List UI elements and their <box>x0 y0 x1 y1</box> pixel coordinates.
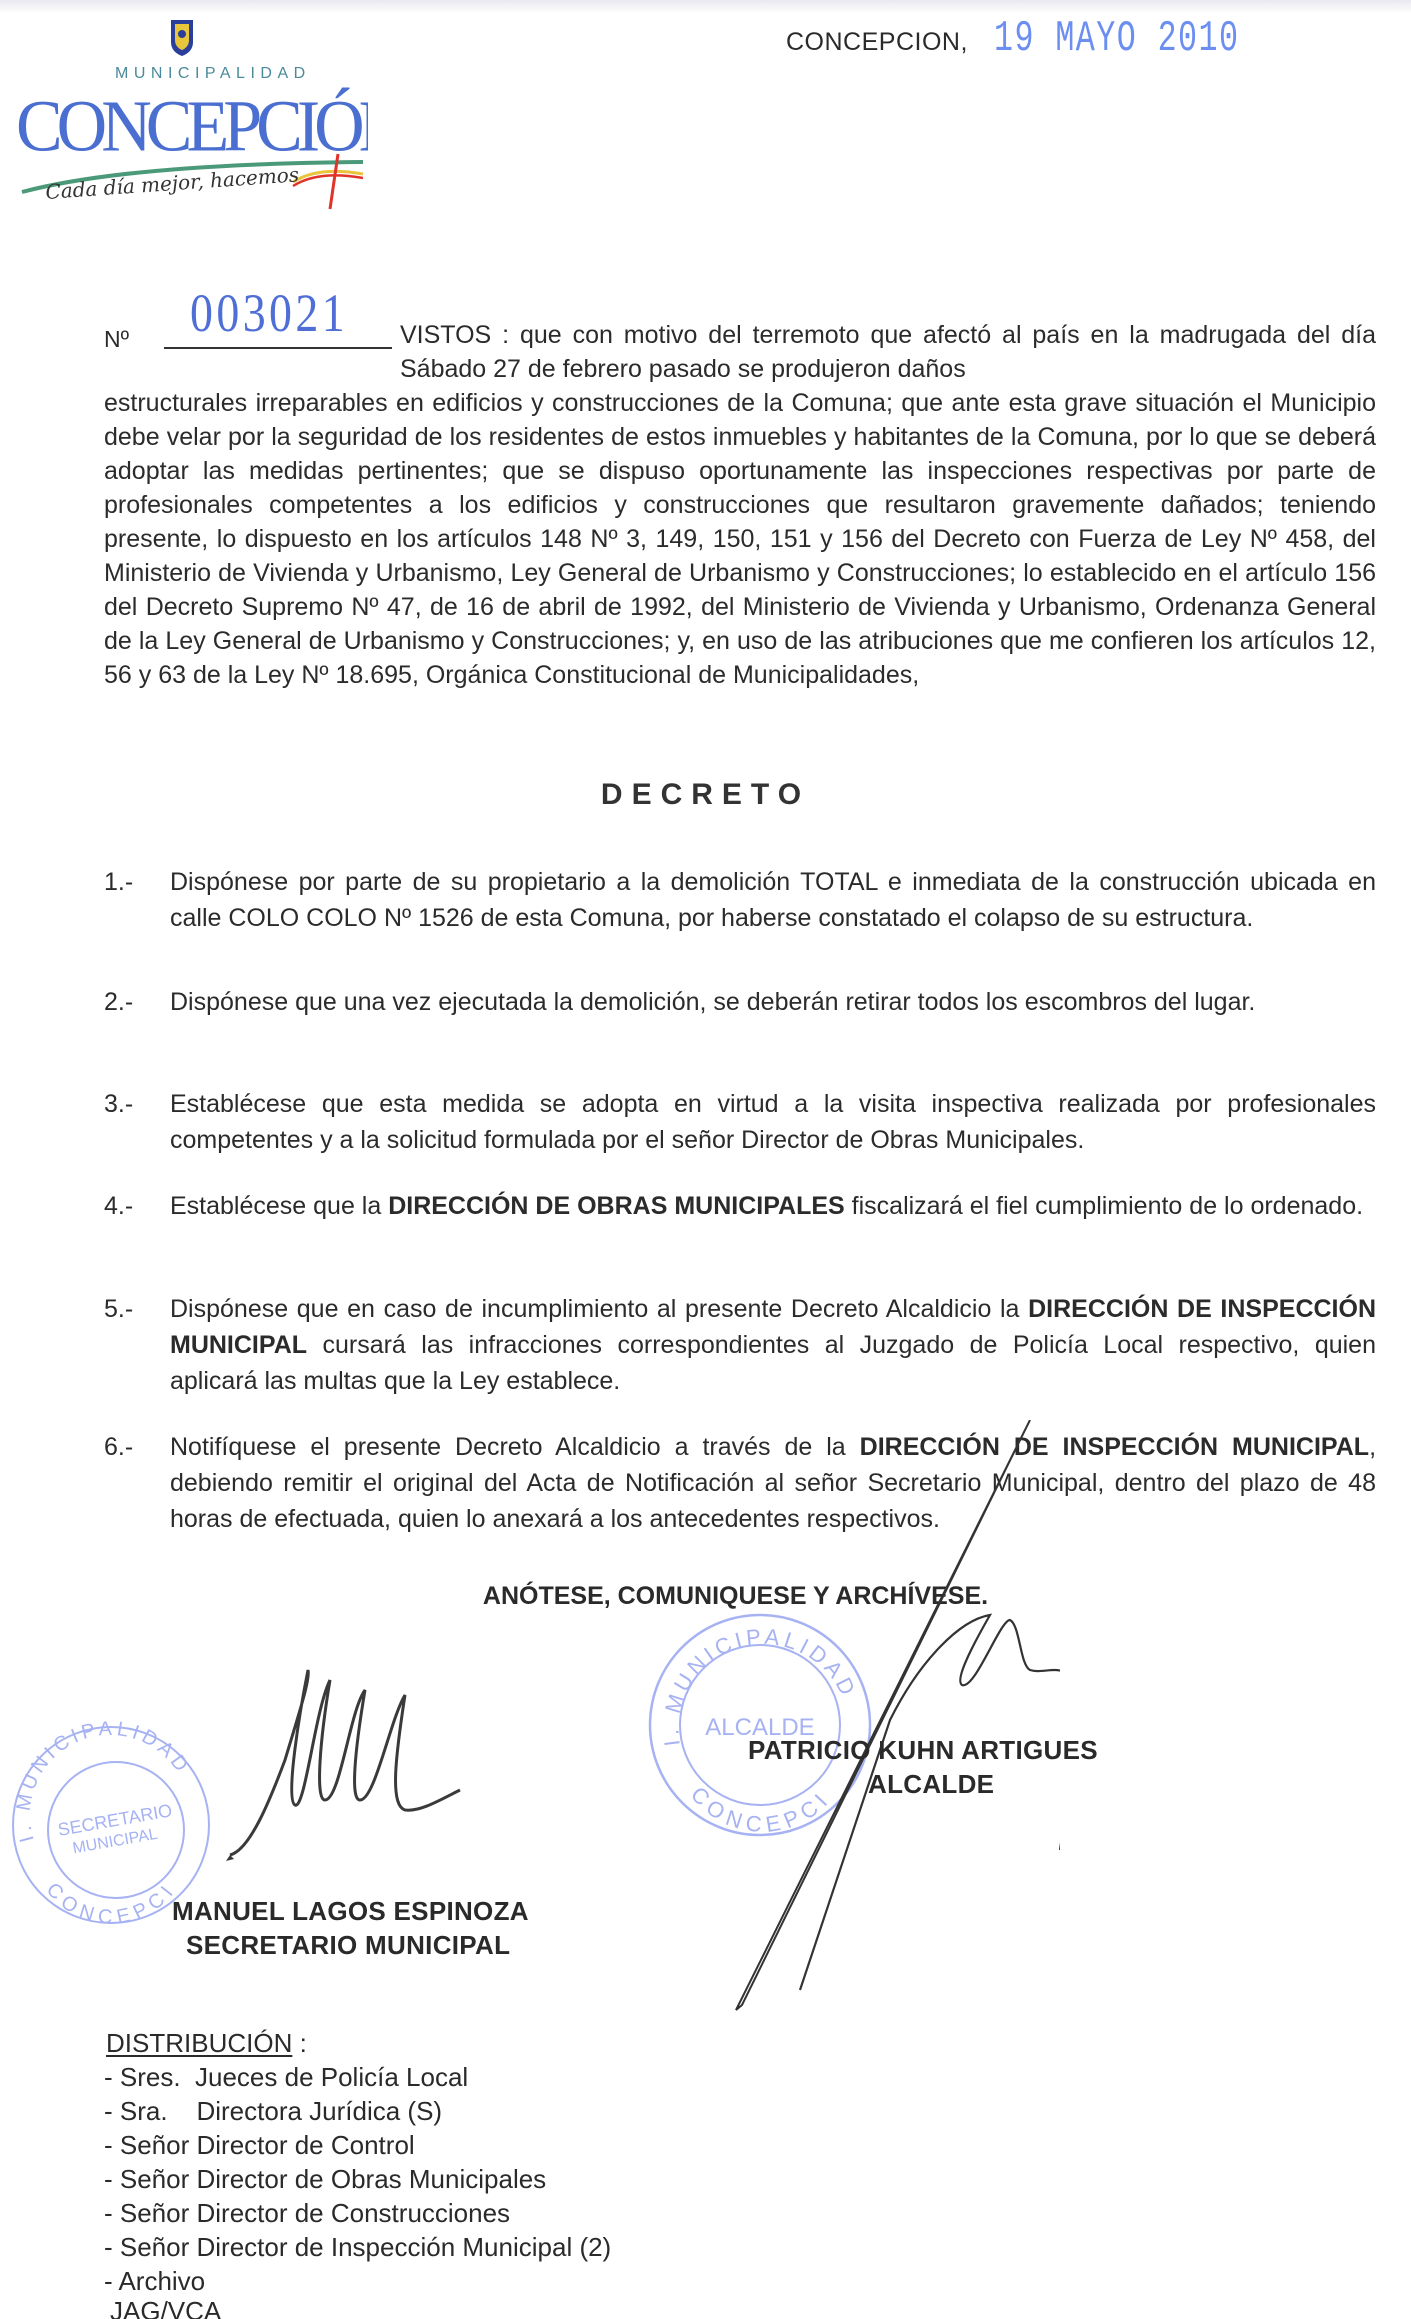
secretary-title: SECRETARIO MUNICIPAL <box>186 1930 510 1961</box>
department-name: DIRECCIÓN DE OBRAS MUNICIPALES <box>388 1192 845 1220</box>
decree-item-text: Notifíquese el presente Decreto Alcaldic… <box>170 1429 1376 1537</box>
vistos-intro: VISTOS : que con motivo del terremoto qu… <box>400 318 1376 386</box>
decree-item: 4.-Establécese que la DIRECCIÓN DE OBRAS… <box>104 1188 1376 1224</box>
scan-edge-shadow <box>0 0 1411 14</box>
decree-item-number: 4.- <box>104 1188 133 1224</box>
decree-item-number: 1.- <box>104 864 133 900</box>
svg-text:MUNICIPAL: MUNICIPAL <box>71 1826 159 1858</box>
item-text-segment: Establécese que la <box>170 1192 388 1220</box>
item-text-segment: Establécese que esta medida se adopta en… <box>170 1090 1376 1154</box>
decree-item-text: Dispónese que en caso de incumplimiento … <box>170 1291 1376 1399</box>
decree-item: 2.-Dispónese que una vez ejecutada la de… <box>104 984 1376 1020</box>
secretary-signature <box>190 1650 490 1870</box>
svg-text:SECRETARIO: SECRETARIO <box>56 1800 173 1840</box>
place-label: CONCEPCION, <box>786 28 968 57</box>
item-text-segment: Dispónese por parte de su propietario a … <box>170 868 1376 932</box>
svg-text:CONCEPCION: CONCEPCION <box>6 1720 181 1929</box>
distribution-recipient: - Sra. Directora Jurídica (S) <box>104 2094 611 2128</box>
svg-text:CONCEPCIÓN: CONCEPCIÓN <box>16 85 368 167</box>
decree-item-text: Establécese que esta medida se adopta en… <box>170 1086 1376 1158</box>
decree-item-number: 2.- <box>104 984 133 1020</box>
decree-item: 1.-Dispónese por parte de su propietario… <box>104 864 1376 936</box>
decree-item-number: 3.- <box>104 1086 133 1122</box>
item-text-segment: Notifíquese el presente Decreto Alcaldic… <box>170 1433 860 1461</box>
decree-item-text: Establécese que la DIRECCIÓN DE OBRAS MU… <box>170 1188 1376 1224</box>
municipality-logo: MUNICIPALIDAD CONCEPCIÓN Cada día mejor,… <box>8 14 368 214</box>
mayor-seal: I. MUNICIPALIDAD CONCEPCION ALCALDE <box>640 1605 880 1845</box>
department-name: DIRECCIÓN DE INSPECCIÓN MUNICIPAL <box>860 1433 1369 1461</box>
mayor-title: ALCALDE <box>868 1769 994 1800</box>
decree-number-underline <box>164 347 392 349</box>
vistos-body: estructurales irreparables en edificios … <box>104 386 1376 692</box>
mayor-name: PATRICIO KUHN ARTIGUES <box>748 1735 1098 1766</box>
item-text-segment: Dispónese que una vez ejecutada la demol… <box>170 988 1255 1016</box>
distribution-recipient: - Sres. Jueces de Policía Local <box>104 2060 611 2094</box>
city-coat-of-arms-icon <box>171 20 193 56</box>
decree-item: 3.-Establécese que esta medida se adopta… <box>104 1086 1376 1158</box>
item-text-segment: fiscalizará el fiel cumplimiento de lo o… <box>845 1192 1363 1220</box>
distribution-recipient: - Señor Director de Construcciones <box>104 2196 611 2230</box>
decree-item-number: 6.- <box>104 1429 133 1465</box>
distribution-list: - Sres. Jueces de Policía Local- Sra. Di… <box>104 2060 611 2298</box>
date-stamp: 19 MAYO 2010 <box>994 14 1239 64</box>
distribution-recipient: - Archivo <box>104 2264 611 2298</box>
svg-text:I. MUNICIPALIDAD: I. MUNICIPALIDAD <box>13 1720 195 1844</box>
svg-text:MUNICIPALIDAD: MUNICIPALIDAD <box>115 65 311 82</box>
item-text-segment: Dispónese que en caso de incumplimiento … <box>170 1295 1028 1323</box>
distribution-recipient: - Señor Director de Control <box>104 2128 611 2162</box>
decree-item-text: Dispónese por parte de su propietario a … <box>170 864 1376 936</box>
distribution-recipient: - Señor Director de Inspección Municipal… <box>104 2230 611 2264</box>
decree-number-label: Nº <box>104 326 129 353</box>
svg-text:CONCEPCION: CONCEPCION <box>640 1605 836 1837</box>
decree-item-number: 5.- <box>104 1291 133 1327</box>
decree-number-stamp: 003021 <box>190 282 348 344</box>
decree-item-text: Dispónese que una vez ejecutada la demol… <box>170 984 1376 1020</box>
distribution-heading: DISTRIBUCIÓN : <box>106 2028 307 2059</box>
item-text-segment: cursará las infracciones correspondiente… <box>170 1331 1376 1395</box>
closing-formula: ANÓTESE, COMUNIQUESE Y ARCHÍVESE. <box>0 1582 1411 1611</box>
svg-text:I. MUNICIPALIDAD: I. MUNICIPALIDAD <box>658 1624 861 1748</box>
decree-item: 6.-Notifíquese el presente Decreto Alcal… <box>104 1429 1376 1537</box>
typist-initials: JAG/VCA <box>110 2296 221 2319</box>
secretary-name: MANUEL LAGOS ESPINOZA <box>172 1896 529 1927</box>
decreto-heading: DECRETO <box>0 778 1411 812</box>
decree-item: 5.-Dispónese que en caso de incumplimien… <box>104 1291 1376 1399</box>
distribution-recipient: - Señor Director de Obras Municipales <box>104 2162 611 2196</box>
